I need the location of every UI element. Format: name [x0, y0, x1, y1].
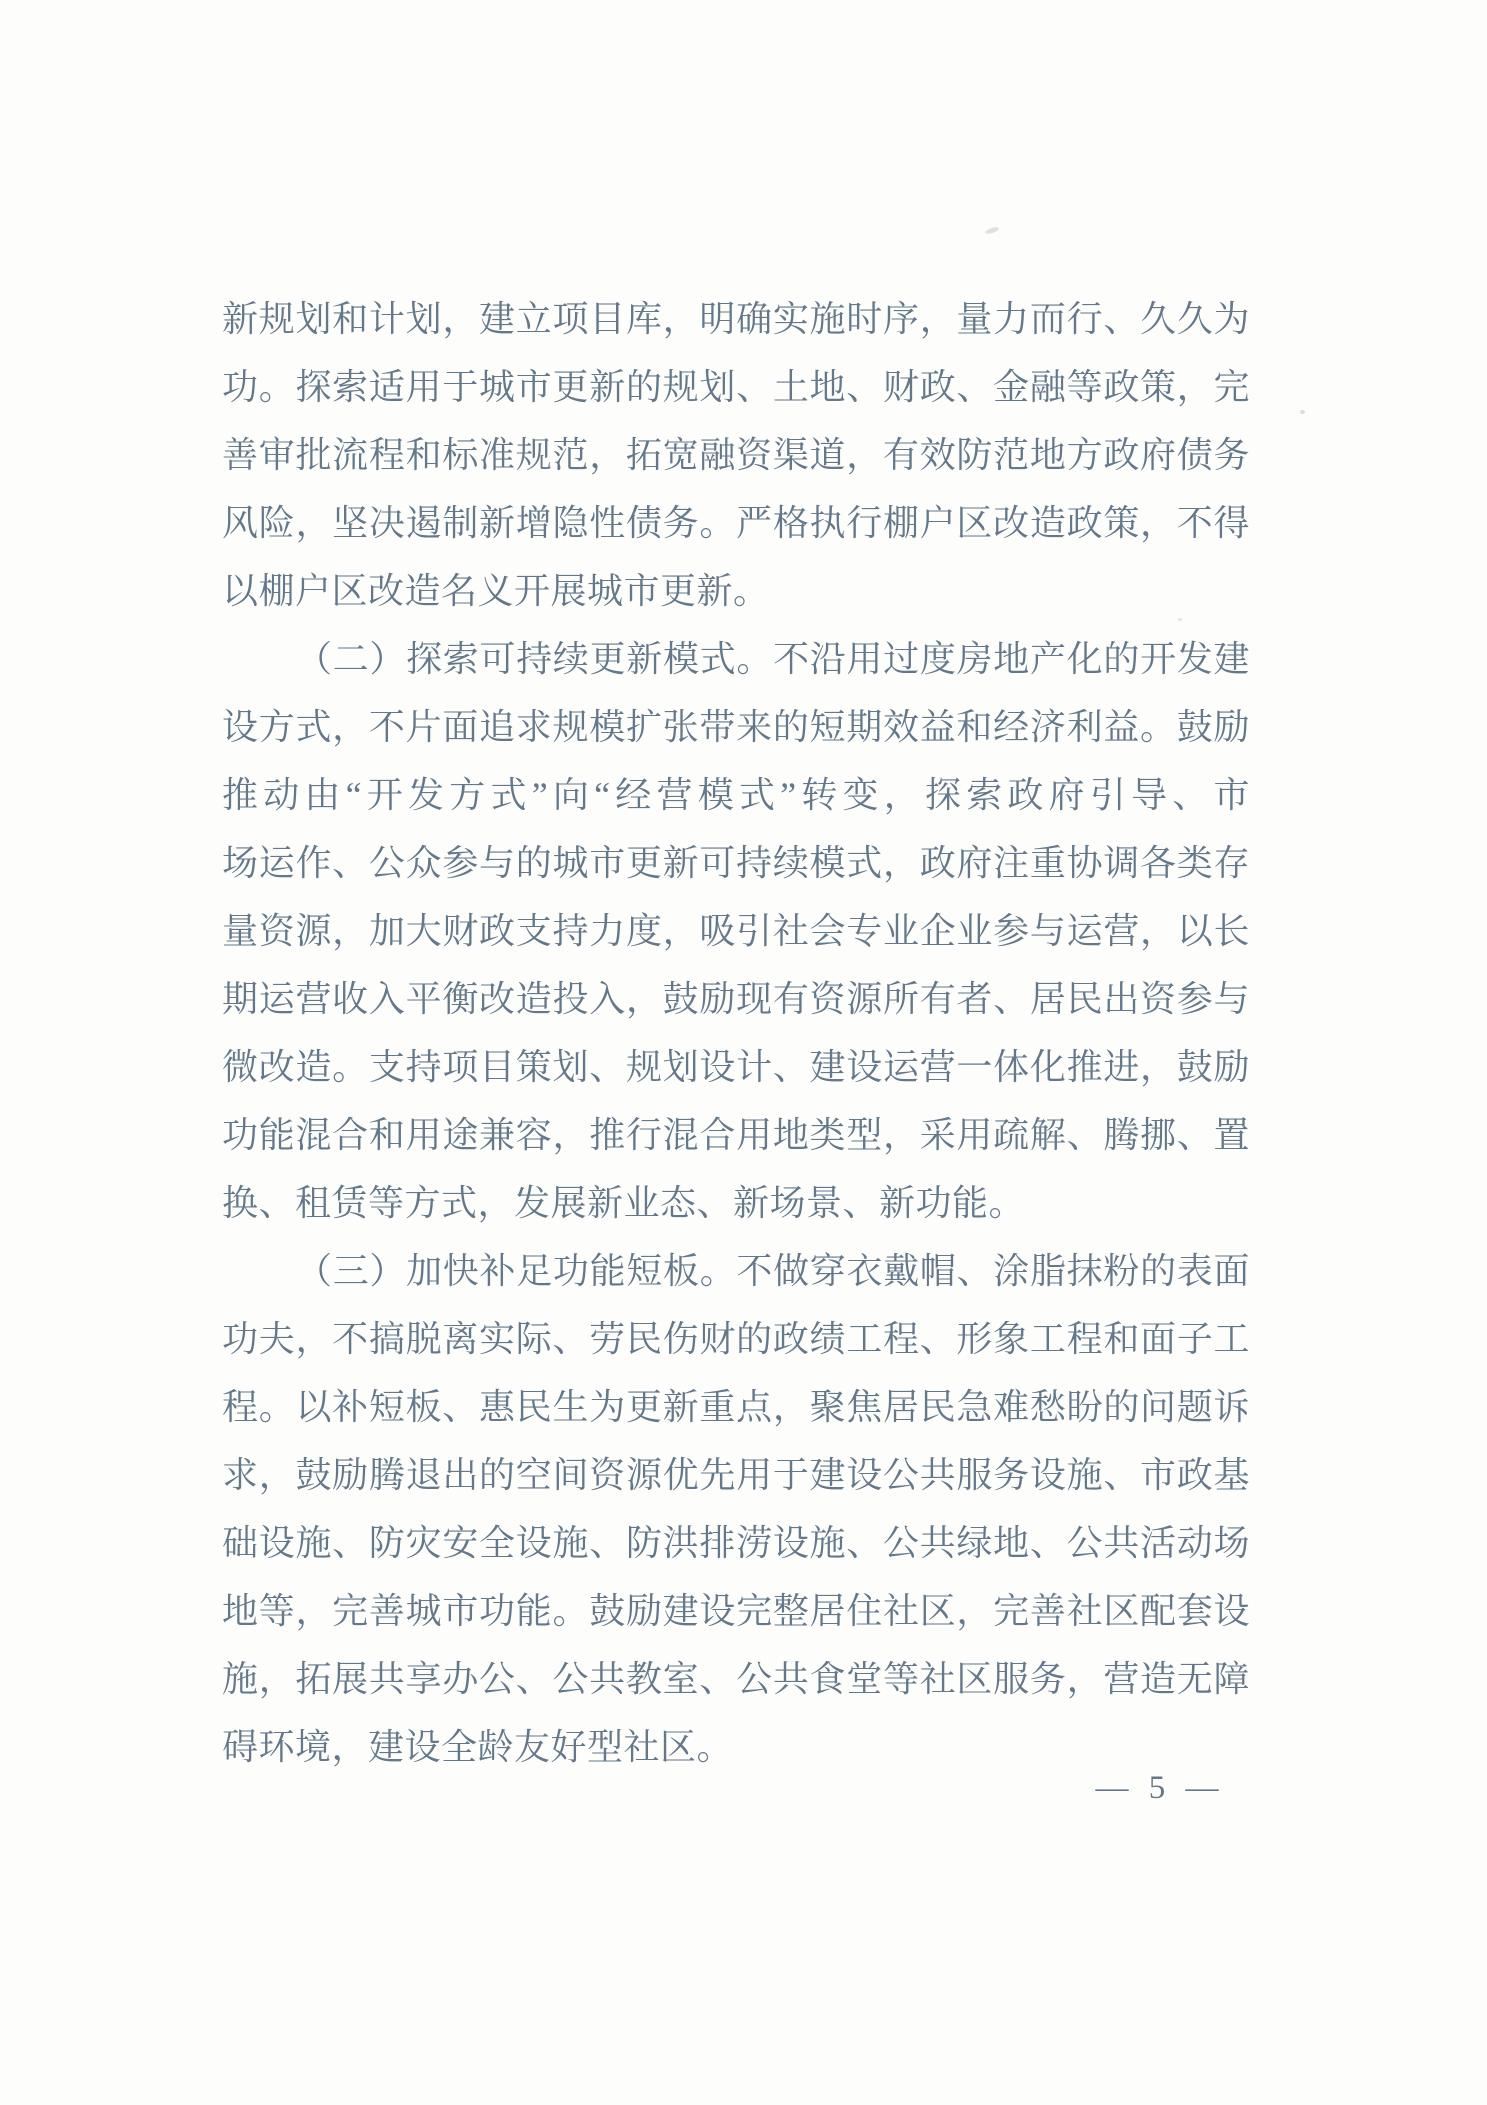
text-line: 场运作、公众参与的城市更新可持续模式，政府注重协调各类存 — [222, 829, 1250, 897]
text-line: 期运营收入平衡改造投入，鼓励现有资源所有者、居民出资参与 — [222, 965, 1250, 1033]
text-line: 风险，坚决遏制新增隐性债务。严格执行棚户区改造政策，不得 — [222, 489, 1250, 557]
scan-speck — [1178, 618, 1182, 621]
page-number: — 5 — — [1040, 1770, 1280, 1807]
text-line: 换、租赁等方式，发展新业态、新场景、新功能。 — [222, 1169, 1250, 1237]
text-line: 善审批流程和标准规范，拓宽融资渠道，有效防范地方政府债务 — [222, 421, 1250, 489]
text-line: （二）探索可持续更新模式。不沿用过度房地产化的开发建 — [222, 625, 1250, 693]
text-line: 程。以补短板、惠民生为更新重点，聚焦居民急难愁盼的问题诉 — [222, 1373, 1250, 1441]
text-line: 功夫，不搞脱离实际、劳民伤财的政绩工程、形象工程和面子工 — [222, 1305, 1250, 1373]
scan-speck — [1300, 410, 1305, 414]
text-line: （三）加快补足功能短板。不做穿衣戴帽、涂脂抹粉的表面 — [222, 1237, 1250, 1305]
text-line: 础设施、防灾安全设施、防洪排涝设施、公共绿地、公共活动场 — [222, 1509, 1250, 1577]
text-line: 新规划和计划，建立项目库，明确实施时序，量力而行、久久为 — [222, 285, 1250, 353]
text-line: 求，鼓励腾退出的空间资源优先用于建设公共服务设施、市政基 — [222, 1441, 1250, 1509]
text-line: 施，拓展共享办公、公共教室、公共食堂等社区服务，营造无障 — [222, 1645, 1250, 1713]
text-line: 地等，完善城市功能。鼓励建设完整居住社区，完善社区配套设 — [222, 1577, 1250, 1645]
text-line: 推动由“开发方式”向“经营模式”转变，探索政府引导、市 — [222, 761, 1250, 829]
text-line: 功能混合和用途兼容，推行混合用地类型，采用疏解、腾挪、置 — [222, 1101, 1250, 1169]
document-page: 新规划和计划，建立项目库，明确实施时序，量力而行、久久为功。探索适用于城市更新的… — [0, 0, 1487, 2105]
scan-speck — [985, 226, 1000, 235]
text-line: 设方式，不片面追求规模扩张带来的短期效益和经济利益。鼓励 — [222, 693, 1250, 761]
text-line: 量资源，加大财政支持力度，吸引社会专业企业参与运营，以长 — [222, 897, 1250, 965]
text-line: 以棚户区改造名义开展城市更新。 — [222, 557, 1250, 625]
document-body: 新规划和计划，建立项目库，明确实施时序，量力而行、久久为功。探索适用于城市更新的… — [222, 285, 1250, 1781]
text-line: 功。探索适用于城市更新的规划、土地、财政、金融等政策，完 — [222, 353, 1250, 421]
text-line: 微改造。支持项目策划、规划设计、建设运营一体化推进，鼓励 — [222, 1033, 1250, 1101]
